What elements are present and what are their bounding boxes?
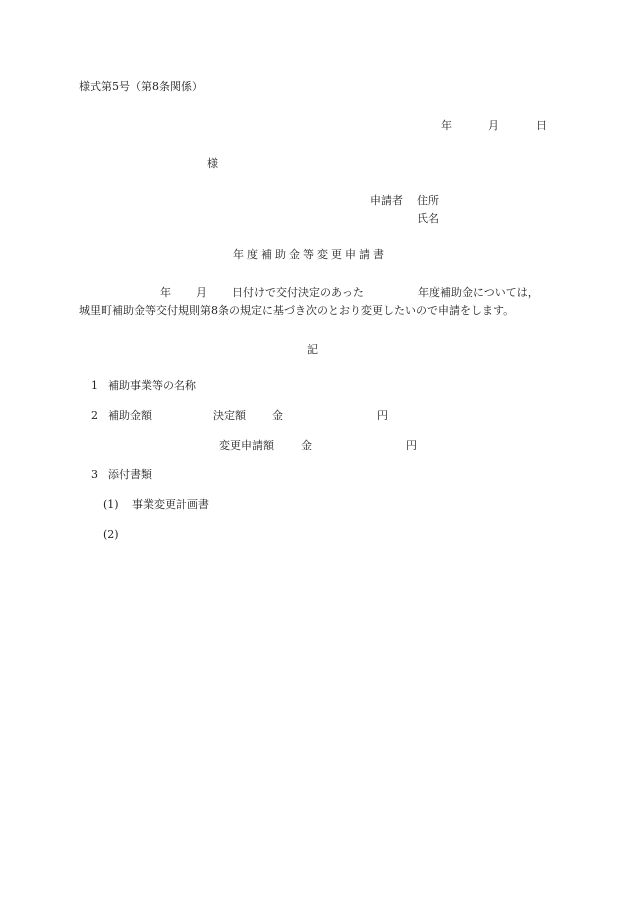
form-number: 様式第5号（第8条関係） <box>79 80 203 94</box>
attachment-1-label: 事業変更計画書 <box>132 498 209 512</box>
addressee-suffix: 様 <box>207 157 218 171</box>
name-label: 氏名 <box>417 212 439 226</box>
attachment-1-number: (1) <box>103 498 119 512</box>
date-year: 年 <box>441 119 452 133</box>
item2-number: 2 <box>91 409 98 423</box>
body-year: 年 <box>160 286 171 300</box>
attachment-2-number: (2) <box>103 528 119 542</box>
item1-number: 1 <box>91 379 98 393</box>
change-kin: 金 <box>301 439 312 453</box>
applicant-label: 申請者 <box>370 194 403 208</box>
item3-label: 添付書類 <box>108 468 152 482</box>
item1-label: 補助事業等の名称 <box>108 379 196 393</box>
body-month: 月 <box>196 286 207 300</box>
ki-heading: 記 <box>307 343 318 357</box>
decided-amount-label: 決定額 <box>213 409 246 423</box>
body-fiscal-text: 年度補助金については， <box>418 286 539 300</box>
address-label: 住所 <box>417 194 439 208</box>
document-title: 年度補助金等変更申請書 <box>233 248 387 262</box>
decided-yen: 円 <box>377 409 388 423</box>
item2-label: 補助金額 <box>108 409 152 423</box>
body-line2: 城里町補助金等交付規則第8条の規定に基づき次のとおり変更したいので申請をします。 <box>79 304 514 318</box>
body-day-text: 日付けで交付決定のあった <box>232 286 364 300</box>
change-amount-label: 変更申請額 <box>219 439 274 453</box>
change-yen: 円 <box>406 439 417 453</box>
decided-kin: 金 <box>272 409 283 423</box>
date-month: 月 <box>488 119 499 133</box>
date-day: 日 <box>536 119 547 133</box>
item3-number: 3 <box>91 468 98 482</box>
